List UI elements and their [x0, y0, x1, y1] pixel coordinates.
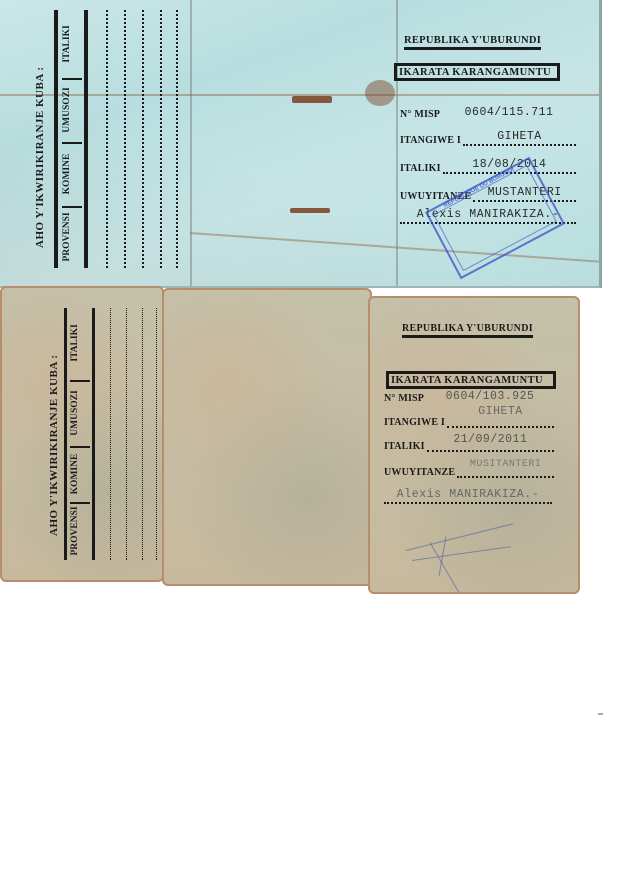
card-title: IKARATA KARANGAMUNTU — [394, 63, 560, 81]
bottom-card-identity-page: REPUBLIKA Y'UBURUNDI IKARATA KARANGAMUNT… — [368, 296, 580, 594]
column-header: ITALIKI — [70, 308, 90, 380]
field-value: GIHETA — [447, 405, 554, 418]
column-header: PROVENSI — [70, 502, 90, 560]
fold-line — [190, 0, 192, 286]
table-row — [126, 308, 127, 560]
field-issuer: UWUYITANZE MUSITANTERI — [384, 464, 554, 478]
official-stamp: REPUBLIQUE DU BURUNDI — [425, 157, 565, 280]
field-label: UWUYITANZE — [384, 467, 455, 478]
field-label: ITALIKI — [384, 441, 425, 452]
table-row — [106, 10, 108, 268]
field-label: N° MISP — [384, 393, 424, 404]
field-issued-at: ITANGIWE I GIHETA — [400, 132, 576, 146]
table-header: PROVENSI KOMINE UMUSOZI ITALIKI — [70, 308, 90, 560]
bottom-card-registration-page: AHO Y'IKWIRIKIRANJE KUBA : PROVENSI KOMI… — [0, 286, 164, 582]
registration-panel: AHO Y'IKWIRIKIRANJE KUBA : PROVENSI KOMI… — [28, 6, 178, 268]
table-row — [160, 10, 162, 268]
table-row — [142, 308, 143, 560]
table-header: PROVENSI KOMINE UMUSOZI ITALIKI — [62, 10, 82, 268]
field-label: ITANGIWE I — [400, 135, 461, 146]
table-border — [64, 308, 67, 560]
bottom-card-blank-page — [162, 288, 372, 586]
column-header: UMUSOZI — [62, 78, 82, 142]
card-title: IKARATA KARANGAMUNTU — [386, 371, 556, 389]
table-row — [142, 10, 144, 268]
table-row — [156, 308, 157, 560]
registration-panel: AHO Y'IKWIRIKIRANJE KUBA : PROVENSI KOMI… — [48, 302, 164, 560]
field-value: 0604/115.711 — [442, 106, 576, 119]
table-row — [124, 10, 126, 268]
field-misp: N° MISP 0604/103.925 — [384, 390, 554, 404]
scan-artifact — [598, 713, 603, 715]
field-issued-at: ITANGIWE I GIHETA — [384, 414, 554, 428]
table-row — [176, 10, 178, 268]
rust-stain — [365, 80, 395, 106]
table-border — [92, 308, 95, 560]
republic-heading: REPUBLIKA Y'UBURUNDI — [404, 35, 541, 50]
field-label: ITALIKI — [400, 163, 441, 174]
fold-line — [396, 0, 398, 286]
table-border — [84, 10, 88, 268]
rust-stain — [290, 208, 330, 213]
column-header: PROVENSI — [62, 206, 82, 268]
registration-title: AHO Y'IKWIRIKIRANJE KUBA : — [48, 302, 60, 560]
column-header: KOMINE — [70, 446, 90, 502]
field-label: ITANGIWE I — [384, 417, 445, 428]
field-value: 21/09/2011 — [427, 433, 554, 446]
identity-panel: REPUBLIKA Y'UBURUNDI IKARATA KARANGAMUNT… — [400, 30, 590, 280]
issuer-name-line: Alexis MANIRAKIZA.- — [384, 486, 552, 504]
signature-scribble — [406, 523, 513, 551]
field-value: 0604/103.925 — [426, 390, 554, 403]
field-value: MUSITANTERI — [457, 459, 554, 470]
table-border — [54, 10, 58, 268]
issuer-name: Alexis MANIRAKIZA.- — [384, 488, 552, 501]
column-header: KOMINE — [62, 142, 82, 206]
identity-panel: REPUBLIKA Y'UBURUNDI IKARATA KARANGAMUNT… — [376, 314, 572, 584]
top-id-card: AHO Y'IKWIRIKIRANJE KUBA : PROVENSI KOMI… — [0, 0, 602, 288]
republic-heading: REPUBLIKA Y'UBURUNDI — [402, 323, 533, 338]
table-row — [110, 308, 111, 560]
signature-scribble — [412, 546, 511, 561]
field-value: GIHETA — [463, 130, 576, 143]
column-header: UMUSOZI — [70, 380, 90, 446]
field-date: ITALIKI 21/09/2011 — [384, 438, 554, 452]
field-misp: N° MISP 0604/115.711 — [400, 106, 576, 120]
rust-stain — [292, 96, 332, 103]
field-label: N° MISP — [400, 109, 440, 120]
column-header: ITALIKI — [62, 12, 82, 78]
field-date: ITALIKI 18/08/2014 — [400, 160, 576, 174]
signature-scribble — [430, 542, 461, 594]
registration-title: AHO Y'IKWIRIKIRANJE KUBA : — [34, 6, 46, 268]
